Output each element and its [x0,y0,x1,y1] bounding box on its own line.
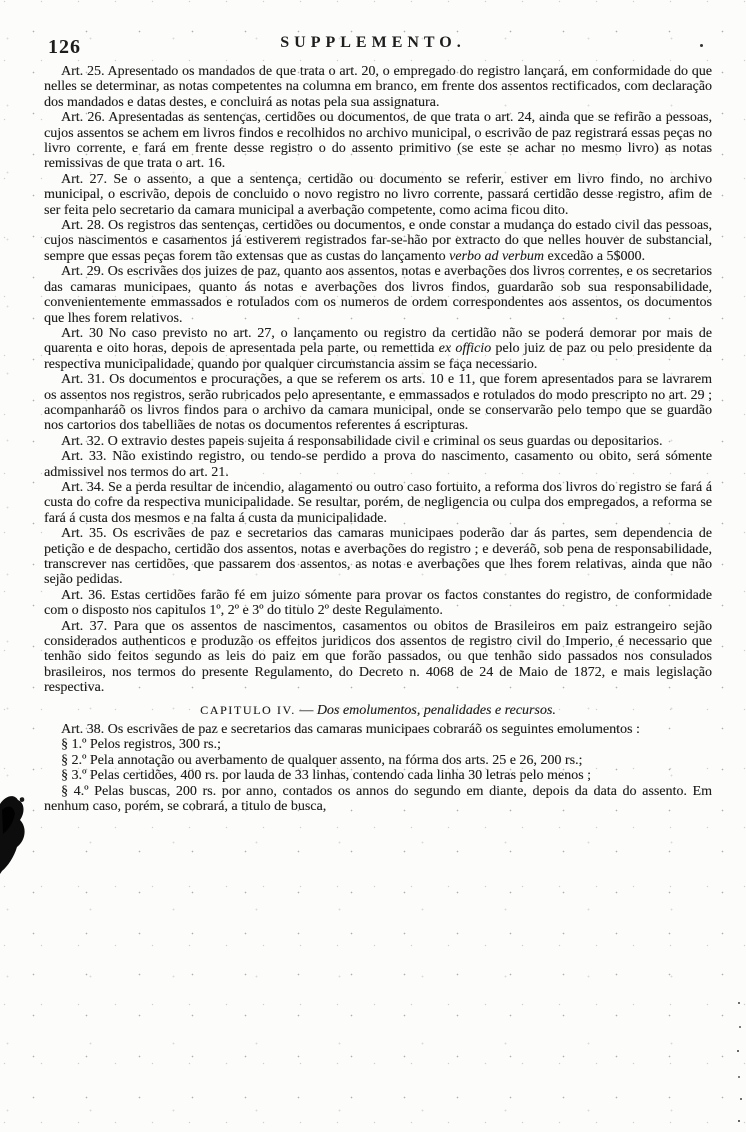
chapter-heading: CAPITULO IV. — Dos emolumentos, penalida… [44,703,712,718]
article-26: Art. 26. Apresentadas as sentenças, cert… [44,110,712,172]
article-28: Art. 28. Os registros das sentenças, cer… [44,218,712,264]
page-edge-marks [738,1002,740,1004]
article-32: Art. 32. O extravio destes papeis sujeit… [44,434,712,449]
article-36: Art. 36. Estas certidões farão fé em jui… [44,588,712,619]
article-37: Art. 37. Para que os assentos de nascime… [44,619,712,696]
article-34: Art. 34. Se a perda resultar de incendio… [44,480,712,526]
article-38: Art. 38. Os escrivães de paz e secretari… [44,722,712,737]
article-30-latin-phrase: ex officio [439,341,492,356]
article-28-text-cont: excedão a 5$000. [544,249,645,264]
article-25: Art. 25. Apresentado os mandados de que … [44,64,712,110]
fee-paragraph-4: § 4.º Pelas buscas, 200 rs. por anno, co… [44,784,712,815]
fee-paragraph-1: § 1.º Pelos registros, 300 rs.; [44,737,712,752]
chapter-title: Dos emolumentos, penalidades e recursos. [317,703,556,718]
page-number: 126 [48,36,81,59]
article-30: Art. 30 No caso previsto no art. 27, o l… [44,326,712,372]
article-33: Art. 33. Não existindo registro, ou tend… [44,449,712,480]
page-body: Art. 25. Apresentado os mandados de que … [44,64,712,815]
article-31: Art. 31. Os documentos e procurações, a … [44,372,712,434]
fee-paragraph-3: § 3.º Pelas certidões, 400 rs. por lauda… [44,768,712,783]
chapter-dash: — [296,703,317,718]
article-27: Art. 27. Se o assento, a que a sentença,… [44,172,712,218]
fee-paragraph-2: § 2.º Pela annotação ou averbamento de q… [44,753,712,768]
ink-stain [0,790,32,878]
scanned-page: 126 SUPPLEMENTO. Art. 25. Apresentado os… [0,0,746,1132]
chapter-number: CAPITULO IV. [200,703,296,717]
page-header: 126 SUPPLEMENTO. [0,34,746,60]
article-28-latin-phrase: verbo ad verbum [449,249,544,264]
page-title: SUPPLEMENTO. [0,34,746,52]
article-29: Art. 29. Os escrivães dos juizes de paz,… [44,264,712,326]
article-35: Art. 35. Os escrivães de paz e secretari… [44,526,712,588]
